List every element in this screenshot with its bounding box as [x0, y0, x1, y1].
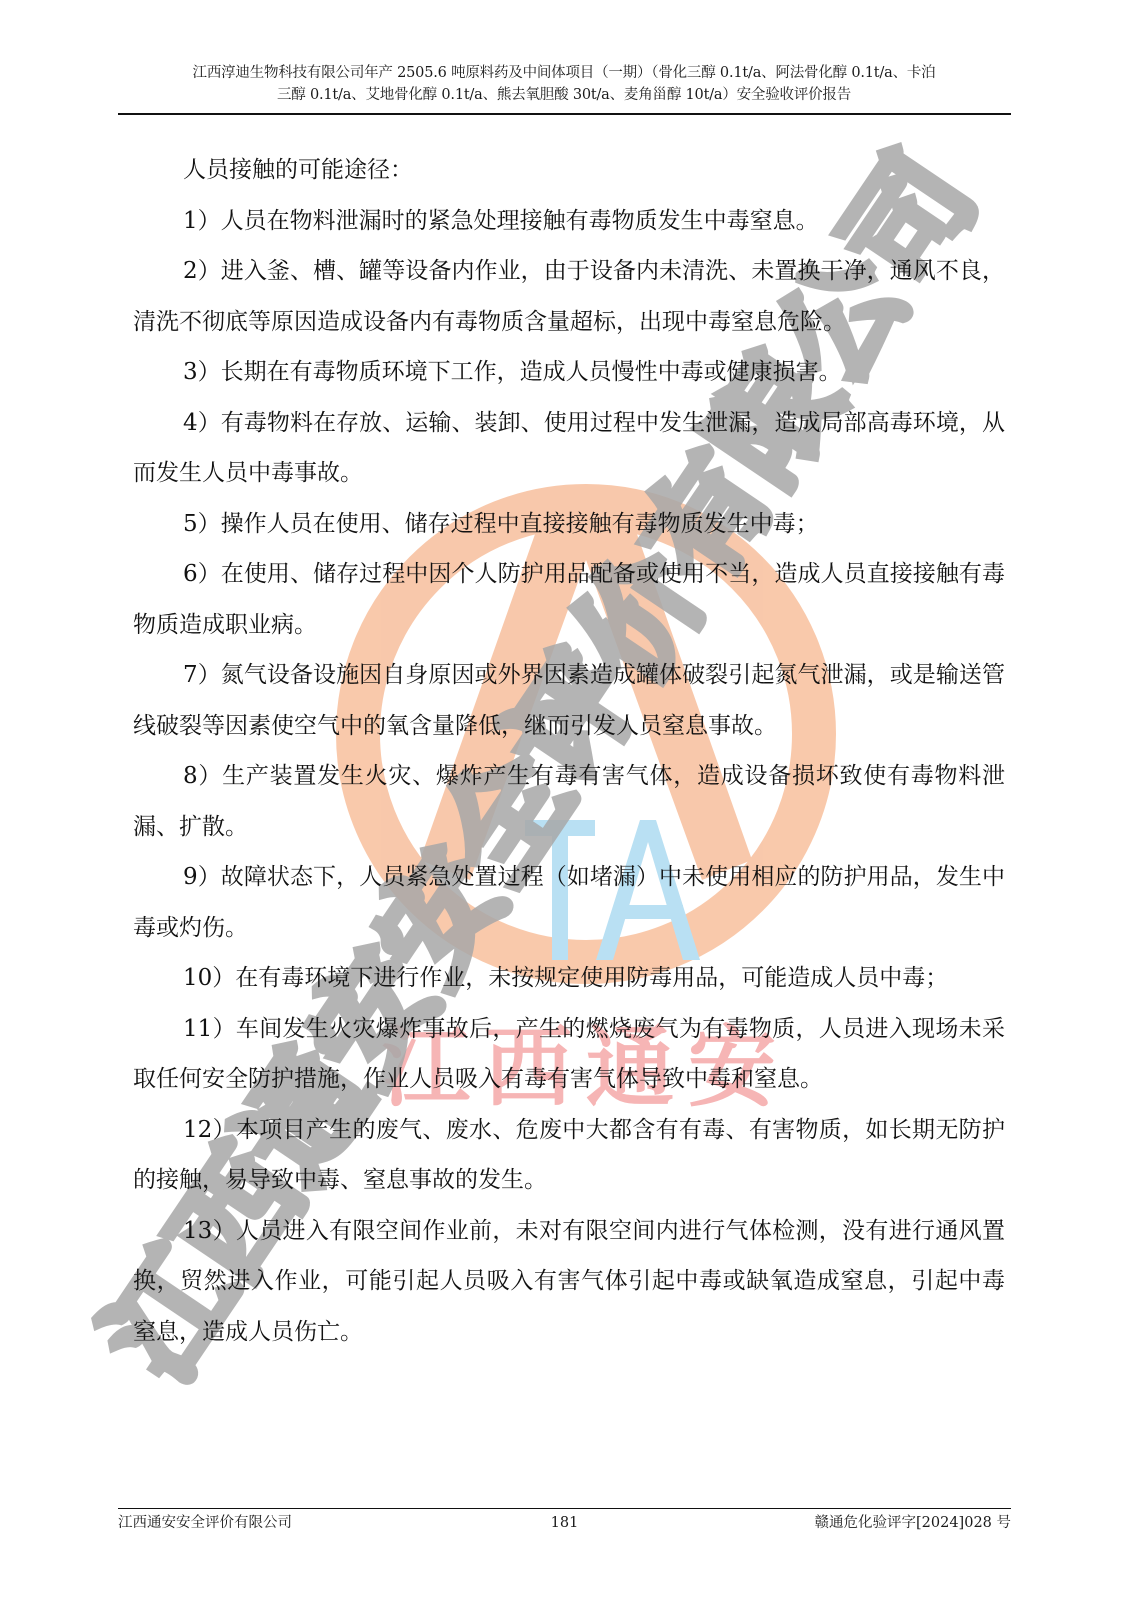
list-item: 8）生产装置发生火灾、爆炸产生有毒有害气体，造成设备损坏致使有毒物料泄漏、扩散。 — [133, 751, 1005, 852]
list-item: 5）操作人员在使用、储存过程中直接接触有毒物质发生中毒； — [133, 499, 1005, 550]
document-body: 人员接触的可能途径： 1）人员在物料泄漏时的紧急处理接触有毒物质发生中毒窒息。 … — [133, 145, 1005, 1357]
section-intro: 人员接触的可能途径： — [133, 145, 1005, 196]
list-item: 11）车间发生火灾爆炸事故后，产生的燃烧废气为有毒物质，人员进入现场未采取任何安… — [133, 1004, 1005, 1105]
header-title-line-2: 三醇 0.1t/a、艾地骨化醇 0.1t/a、熊去氧胆酸 30t/a、麦角甾醇 … — [118, 84, 1010, 106]
report-header: 江西淳迪生物科技有限公司年产 2505.6 吨原料药及中间体项目（一期）（骨化三… — [118, 62, 1010, 106]
list-item: 3）长期在有毒物质环境下工作，造成人员慢性中毒或健康损害。 — [133, 347, 1005, 398]
header-divider — [118, 113, 1011, 115]
list-item: 9）故障状态下，人员紧急处置过程（如堵漏）中未使用相应的防护用品，发生中毒或灼伤… — [133, 852, 1005, 953]
list-item: 13）人员进入有限空间作业前，未对有限空间内进行气体检测，没有进行通风置换，贸然… — [133, 1206, 1005, 1358]
list-item: 4）有毒物料在存放、运输、装卸、使用过程中发生泄漏，造成局部高毒环境，从而发生人… — [133, 398, 1005, 499]
header-title-line-1: 江西淳迪生物科技有限公司年产 2505.6 吨原料药及中间体项目（一期）（骨化三… — [118, 62, 1010, 84]
footer-doc-code: 赣通危化验评字[2024]028 号 — [815, 1512, 1012, 1534]
list-item: 7）氮气设备设施因自身原因或外界因素造成罐体破裂引起氮气泄漏，或是输送管线破裂等… — [133, 650, 1005, 751]
report-footer: 江西通安安全评价有限公司 181 赣通危化验评字[2024]028 号 — [118, 1512, 1011, 1536]
document-page: 江西通安 江西通安安全评价有限公司 江西淳迪生物科技有限公司年产 2505.6 … — [0, 0, 1131, 1600]
list-item: 2）进入釜、槽、罐等设备内作业，由于设备内未清洗、未置换干净，通风不良，清洗不彻… — [133, 246, 1005, 347]
list-item: 10）在有毒环境下进行作业，未按规定使用防毒用品，可能造成人员中毒； — [133, 953, 1005, 1004]
list-item: 1）人员在物料泄漏时的紧急处理接触有毒物质发生中毒窒息。 — [133, 196, 1005, 247]
list-item: 6）在使用、储存过程中因个人防护用品配备或使用不当，造成人员直接接触有毒物质造成… — [133, 549, 1005, 650]
footer-divider — [118, 1508, 1011, 1509]
list-item: 12）本项目产生的废气、废水、危废中大都含有有毒、有害物质，如长期无防护的接触，… — [133, 1105, 1005, 1206]
